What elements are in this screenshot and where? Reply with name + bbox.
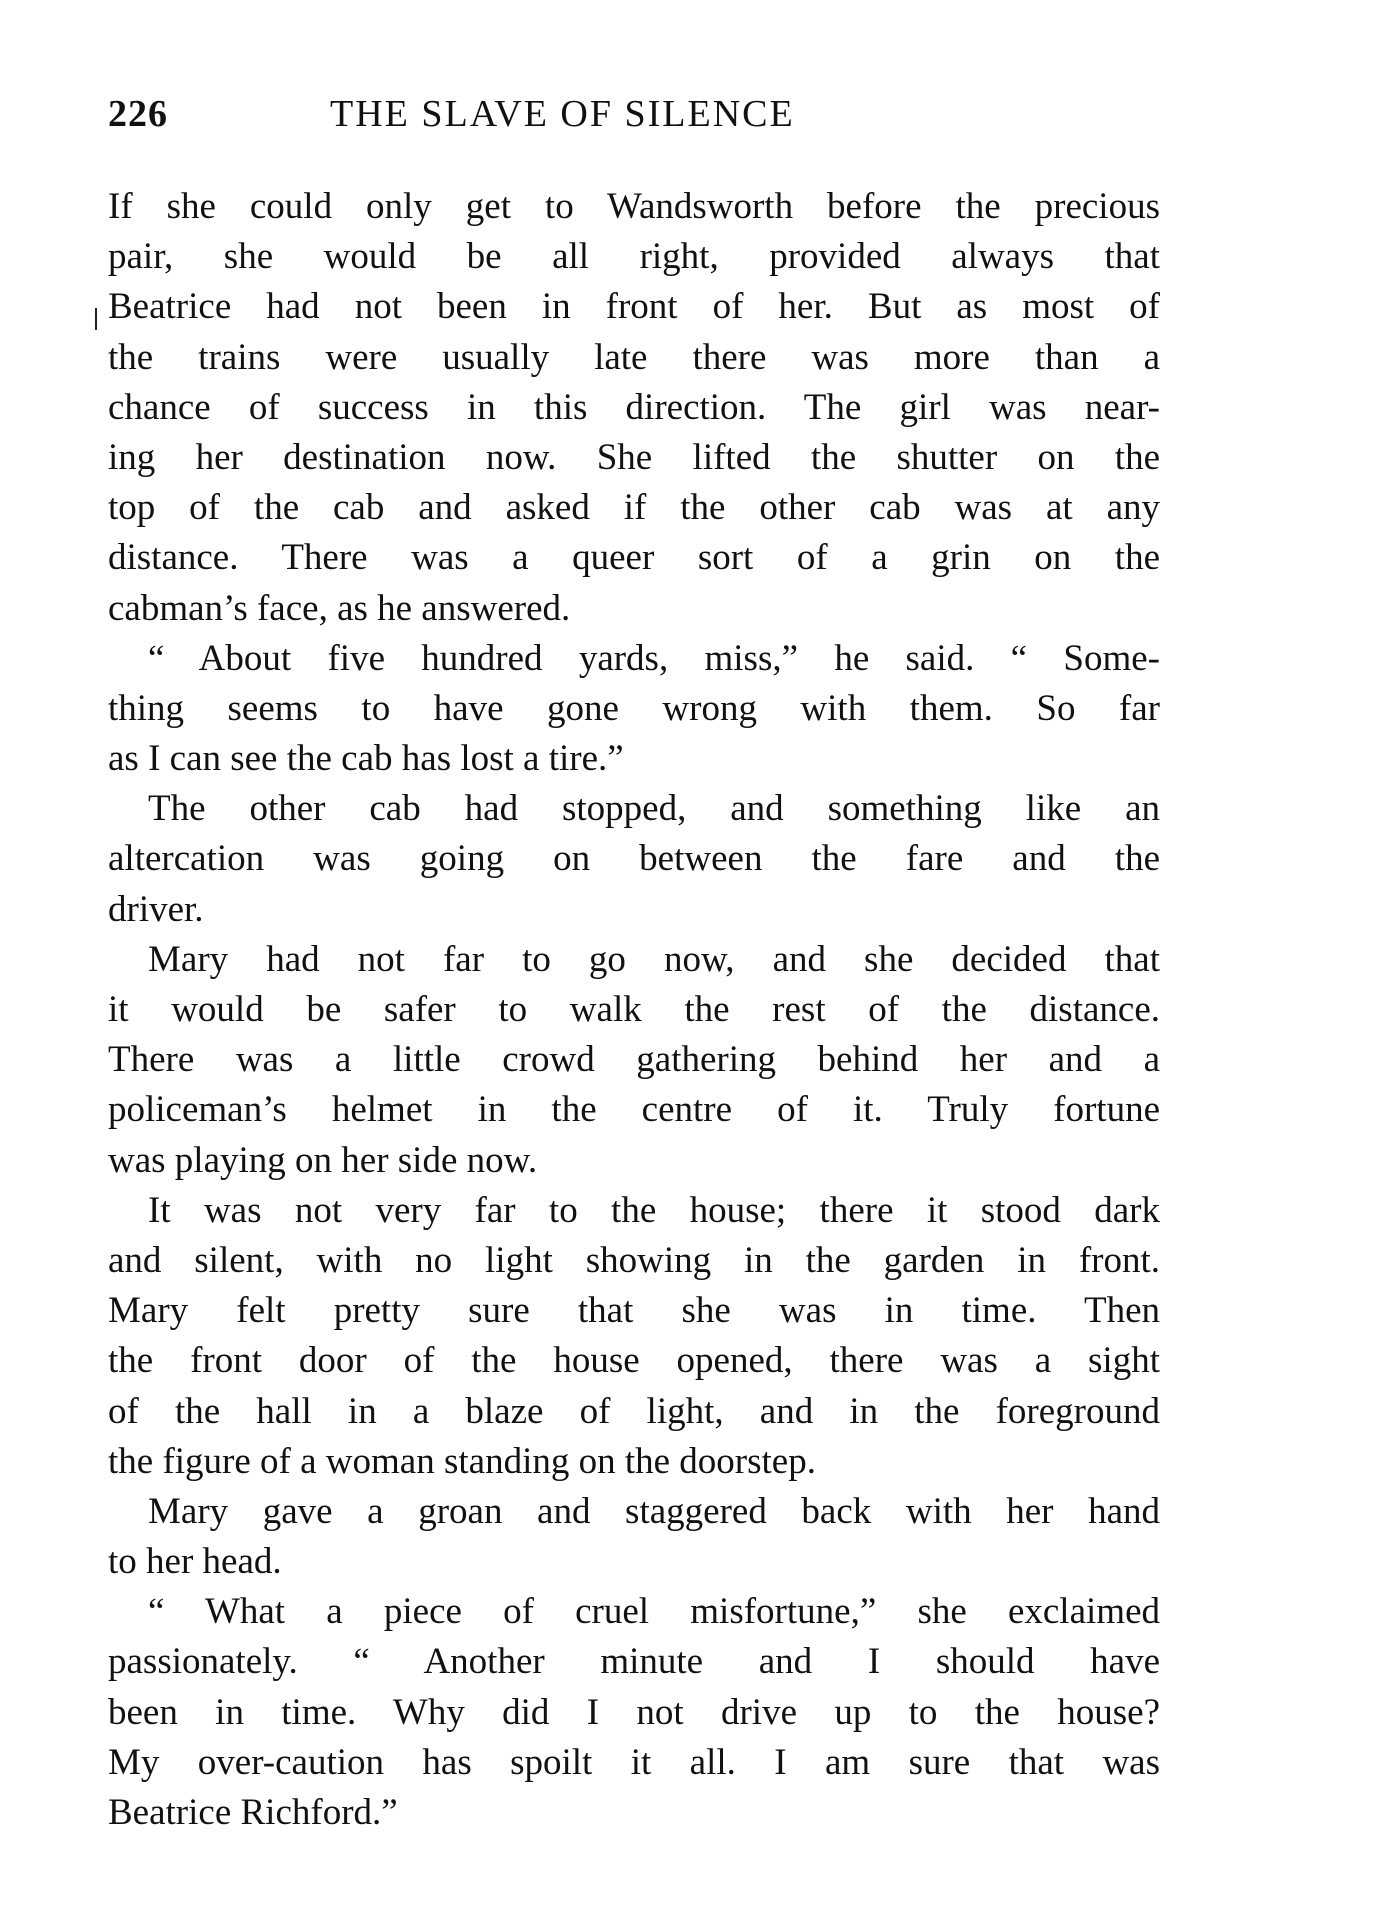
text-line: the figure of a woman standing on the do…: [108, 1437, 1160, 1487]
text-line: distance. There was a queer sort of a gr…: [108, 533, 1160, 583]
text-line: ing her destination now. She lifted the …: [108, 433, 1160, 483]
running-head: THE SLAVE OF SILENCE: [330, 92, 795, 136]
page-header: 226 THE SLAVE OF SILENCE: [108, 92, 1168, 142]
text-line: thing seems to have gone wrong with them…: [108, 684, 1160, 734]
text-line: chance of success in this direction. The…: [108, 383, 1160, 433]
text-line: driver.: [108, 885, 1160, 935]
text-line: pair, she would be all right, provided a…: [108, 232, 1160, 282]
text-line: passionately. “ Another minute and I sho…: [108, 1637, 1160, 1687]
text-line: the trains were usually late there was m…: [108, 333, 1160, 383]
text-line: Beatrice had not been in front of her. B…: [108, 282, 1160, 332]
text-line: altercation was going on between the far…: [108, 834, 1160, 884]
text-line: the front door of the house opened, ther…: [108, 1336, 1160, 1386]
text-line: top of the cab and asked if the other ca…: [108, 483, 1160, 533]
text-line: “ About five hundred yards, miss,” he sa…: [108, 634, 1160, 684]
text-line: Mary had not far to go now, and she deci…: [108, 935, 1160, 985]
text-line: policeman’s helmet in the centre of it. …: [108, 1085, 1160, 1135]
page-number: 226: [108, 92, 168, 136]
text-line: to her head.: [108, 1537, 1160, 1587]
text-line: Mary gave a groan and staggered back wit…: [108, 1487, 1160, 1537]
text-line: My over-caution has spoilt it all. I am …: [108, 1738, 1160, 1788]
text-line: There was a little crowd gathering behin…: [108, 1035, 1160, 1085]
text-line: was playing on her side now.: [108, 1136, 1160, 1186]
margin-mark: [95, 308, 97, 330]
text-line: The other cab had stopped, and something…: [108, 784, 1160, 834]
text-line: Beatrice Richford.”: [108, 1788, 1160, 1838]
text-line: been in time. Why did I not drive up to …: [108, 1688, 1160, 1738]
text-line: “ What a piece of cruel misfortune,” she…: [108, 1587, 1160, 1637]
text-line: of the hall in a blaze of light, and in …: [108, 1387, 1160, 1437]
text-line: Mary felt pretty sure that she was in ti…: [108, 1286, 1160, 1336]
text-line: cabman’s face, as he answered.: [108, 584, 1160, 634]
text-line: as I can see the cab has lost a tire.”: [108, 734, 1160, 784]
text-line: If she could only get to Wandsworth befo…: [108, 182, 1160, 232]
text-line: it would be safer to walk the rest of th…: [108, 985, 1160, 1035]
text-line: It was not very far to the house; there …: [108, 1186, 1160, 1236]
body-text: If she could only get to Wandsworth befo…: [108, 182, 1160, 1838]
text-line: and silent, with no light showing in the…: [108, 1236, 1160, 1286]
